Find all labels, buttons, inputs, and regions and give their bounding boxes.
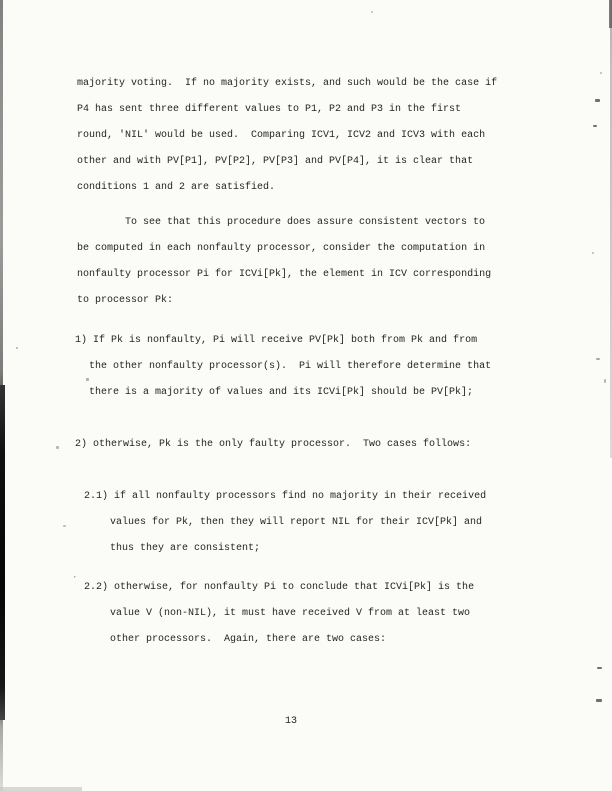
scan-speck [63,525,66,527]
scan-speck [596,358,600,360]
text-line: other and with PV[P1], PV[P2], PV[P3] an… [77,155,473,168]
page-number: 13 [285,715,297,728]
stray-mark: ´ [72,575,77,588]
scan-speck [371,11,373,13]
list-item-2-2-line: 2.2) otherwise, for nonfaulty Pi to conc… [84,581,474,594]
list-item-2-2-line: value V (non-NIL), it must have received… [110,607,470,620]
list-item-2-2-line: other processors. Again, there are two c… [110,633,386,646]
scan-speck [600,72,602,74]
list-item-1-line: 1) If Pk is nonfaulty, Pi will receive P… [75,334,477,347]
scanned-page: majority voting. If no majority exists, … [0,0,612,791]
list-item-2-1-line: thus they are consistent; [110,542,260,555]
scan-speck [86,378,89,381]
scan-speck [16,347,18,349]
list-item-1-line: there is a majority of values and its IC… [89,386,473,399]
scan-edge-bottom [0,787,82,791]
scan-speck [592,252,594,254]
scan-speck [596,699,602,702]
scan-edge-left-dark [0,385,5,720]
scan-speck [604,379,606,383]
scan-speck [597,667,602,669]
text-line: round, 'NIL' would be used. Comparing IC… [77,129,485,142]
scan-speck [595,99,600,102]
text-line: To see that this procedure does assure c… [125,216,485,229]
text-line: be computed in each nonfaulty processor,… [77,242,485,255]
text-line: majority voting. If no majority exists, … [77,77,497,90]
text-line: nonfaulty processor Pi for ICVi[Pk], the… [77,268,491,281]
list-item-2-1-line: 2.1) if all nonfaulty processors find no… [84,490,486,503]
list-item-2-line: 2) otherwise, Pk is the only faulty proc… [75,438,471,451]
text-line: P4 has sent three different values to P1… [77,103,461,116]
text-line: conditions 1 and 2 are satisfied. [77,181,275,194]
scan-speck [593,125,597,127]
list-item-1-line: the other nonfaulty processor(s). Pi wil… [89,360,491,373]
list-item-2-1-line: values for Pk, then they will report NIL… [110,516,482,529]
scan-speck [56,446,59,449]
text-line: to processor Pk: [77,294,173,307]
scan-edge-left [0,0,3,791]
